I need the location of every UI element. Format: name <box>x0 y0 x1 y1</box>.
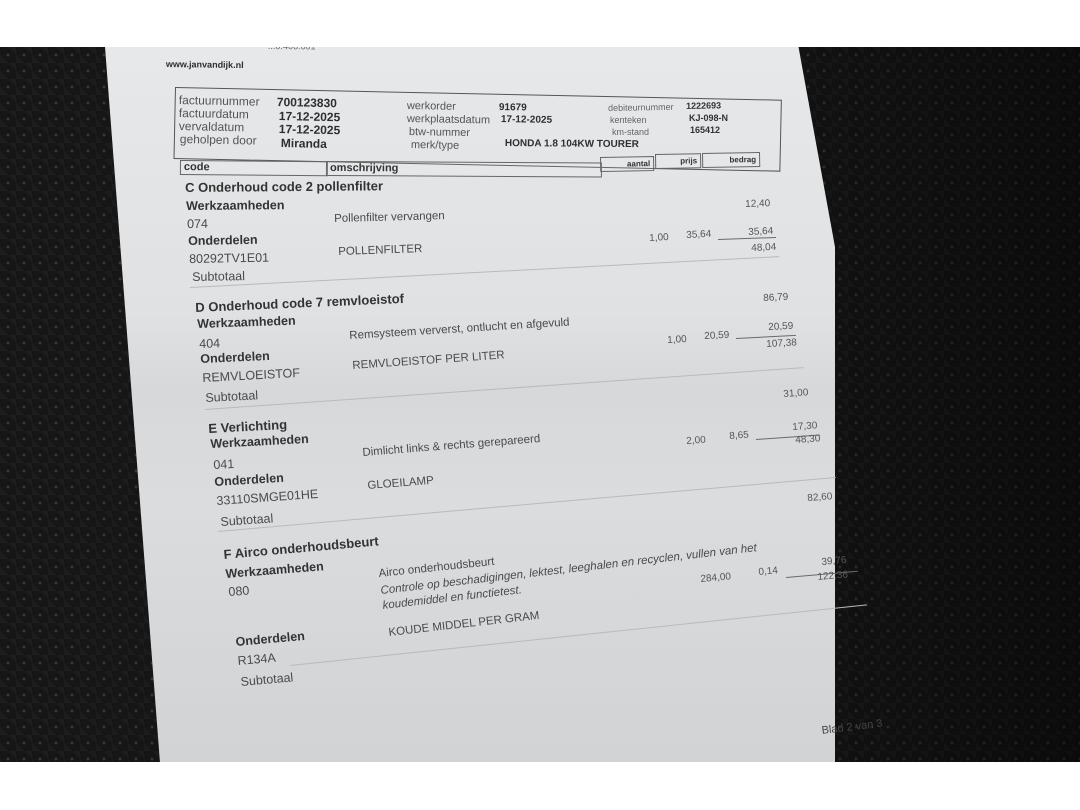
km-stand-value: 165412 <box>690 125 720 135</box>
werkplaatsdatum-value: 17-12-2025 <box>501 114 552 126</box>
subtotal-amount: 107,38 <box>766 337 797 350</box>
part-amount: 39,76 <box>821 555 847 568</box>
invoice-photo: ...0.406.601 www.janvandijk.nl factuurnu… <box>0 47 1080 762</box>
work-amount: 12,40 <box>745 198 770 210</box>
werkzaamheden-label: Werkzaamheden <box>186 198 285 213</box>
phone-number-partial: ...0.406.601 <box>268 47 316 51</box>
column-header-omschrijving: omschrijving <box>326 161 602 177</box>
website: www.janvandijk.nl <box>166 59 244 70</box>
work-amount: 86,79 <box>763 292 789 304</box>
km-stand-label: km-stand <box>612 127 649 137</box>
werkorder-label: werkorder <box>407 100 456 113</box>
part-amount: 20,59 <box>768 321 794 333</box>
work-code: 404 <box>199 336 220 351</box>
part-code: 80292TV1E01 <box>189 251 269 266</box>
subtotal-amount: 48,30 <box>795 433 821 446</box>
part-amount: 35,64 <box>748 226 774 238</box>
part-quantity: 1,00 <box>667 334 687 346</box>
onderdelen-label: Onderdelen <box>188 233 258 248</box>
part-amount: 17,30 <box>792 420 818 433</box>
part-price: 8,65 <box>729 430 749 442</box>
btw-nummer-label: btw-nummer <box>409 126 470 139</box>
part-price: 35,64 <box>686 229 712 241</box>
subtotaal-label: Subtotaal <box>205 388 258 405</box>
vervaldatum-value: 17-12-2025 <box>279 122 341 137</box>
debiteurnummer-value: 1222693 <box>686 100 721 111</box>
debiteurnummer-label: debiteurnummer <box>608 102 674 113</box>
part-quantity: 2,00 <box>686 435 706 447</box>
merk-type-label: merk/type <box>411 139 459 152</box>
section-title: C Onderhoud code 2 pollenfilter <box>185 178 383 195</box>
werkorder-value: 91679 <box>499 102 527 113</box>
kenteken-label: kenteken <box>610 115 647 125</box>
work-amount: 82,60 <box>807 491 833 504</box>
column-header-prijs: prijs <box>655 153 701 169</box>
part-price: 20,59 <box>704 330 730 342</box>
work-amount: 31,00 <box>783 387 809 400</box>
geholpen-door-label: geholpen door <box>180 132 257 148</box>
work-code: 074 <box>187 217 208 231</box>
column-header-aantal: aantal <box>600 156 654 172</box>
column-header-bedrag: bedrag <box>702 152 760 168</box>
work-code: 080 <box>228 584 250 599</box>
column-header-code: code <box>180 160 328 176</box>
factuurnummer-value: 700123830 <box>277 95 337 110</box>
subtotaal-label: Subtotaal <box>192 269 245 284</box>
work-code: 041 <box>213 457 235 472</box>
werkplaatsdatum-label: werkplaatsdatum <box>407 113 490 126</box>
part-quantity: 1,00 <box>649 232 669 244</box>
merk-type-value: HONDA 1.8 104KW TOURER <box>505 138 639 150</box>
kenteken-value: KJ-098-N <box>689 113 728 123</box>
geholpen-door-value: Miranda <box>281 136 327 151</box>
part-price: 0,14 <box>758 565 778 578</box>
subtotal-amount: 48,04 <box>751 242 777 254</box>
